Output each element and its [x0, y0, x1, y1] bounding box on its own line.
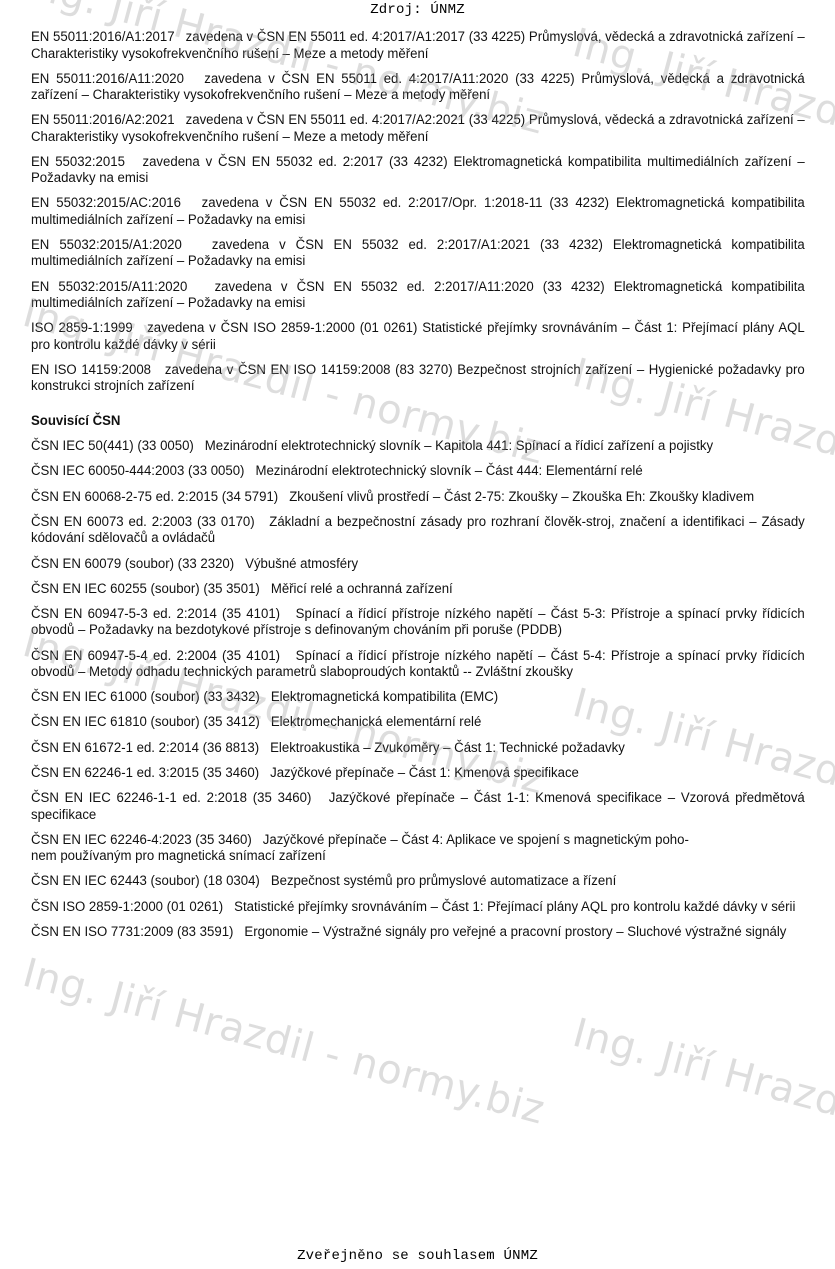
- standard-entry: ČSN EN IEC 60255 (soubor) (35 3501) Měři…: [31, 581, 805, 598]
- standard-entry: EN 55032:2015 zavedena v ČSN EN 55032 ed…: [31, 154, 805, 187]
- standard-description: Mezinárodní elektrotechnický slovník – K…: [205, 438, 713, 454]
- standard-code: EN 55032:2015/AC:2016: [31, 195, 202, 211]
- related-standards-list: ČSN IEC 50(441) (33 0050) Mezinárodní el…: [31, 438, 805, 940]
- standard-entry: ČSN EN IEC 62443 (soubor) (18 0304) Bezp…: [31, 873, 805, 890]
- standard-code: ČSN EN IEC 62246-4:2023 (35 3460): [31, 832, 263, 848]
- standard-entry: ČSN IEC 60050-444:2003 (33 0050) Mezinár…: [31, 463, 805, 480]
- standard-code: ČSN EN 60947-5-4 ed. 2:2004 (35 4101): [31, 648, 296, 664]
- standard-code: ČSN EN 60068-2-75 ed. 2:2015 (34 5791): [31, 489, 289, 505]
- standard-code: EN 55011:2016/A2:2021: [31, 112, 186, 128]
- standard-code: ČSN EN IEC 62246-1-1 ed. 2:2018 (35 3460…: [31, 790, 329, 806]
- standard-code: EN 55011:2016/A1:2017: [31, 29, 186, 45]
- standard-entry: EN ISO 14159:2008 zavedena v ČSN EN ISO …: [31, 362, 805, 395]
- standard-entry: ČSN EN 62246-1 ed. 3:2015 (35 3460) Jazý…: [31, 765, 805, 782]
- source-header: Zdroj: ÚNMZ: [0, 2, 835, 18]
- document-content: EN 55011:2016/A1:2017 zavedena v ČSN EN …: [31, 29, 805, 949]
- standard-entry: EN 55011:2016/A2:2021 zavedena v ČSN EN …: [31, 112, 805, 145]
- document-page: Zdroj: ÚNMZ EN 55011:2016/A1:2017 zavede…: [0, 0, 835, 1269]
- standard-code: ČSN EN IEC 60255 (soubor) (35 3501): [31, 581, 271, 597]
- standard-entry: EN 55032:2015/AC:2016 zavedena v ČSN EN …: [31, 195, 805, 228]
- standard-entry: ČSN EN IEC 62246-4:2023 (35 3460) Jazýčk…: [31, 832, 805, 865]
- standard-description: Elektromagnetická kompatibilita (EMC): [271, 689, 498, 705]
- standard-code: ČSN EN 60073 ed. 2:2003 (33 0170): [31, 514, 269, 530]
- standard-code: ČSN EN 60947-5-3 ed. 2:2014 (35 4101): [31, 606, 296, 622]
- standard-description: Zkoušení vlivů prostředí – Část 2-75: Zk…: [289, 489, 754, 505]
- standard-entry: ISO 2859-1:1999 zavedena v ČSN ISO 2859-…: [31, 320, 805, 353]
- standard-entry: EN 55032:2015/A11:2020 zavedena v ČSN EN…: [31, 279, 805, 312]
- standard-entry: ČSN EN 60947-5-4 ed. 2:2004 (35 4101) Sp…: [31, 648, 805, 681]
- standard-code: ČSN EN IEC 62443 (soubor) (18 0304): [31, 873, 271, 889]
- standard-code: ČSN EN 62246-1 ed. 3:2015 (35 3460): [31, 765, 270, 781]
- standard-code: ČSN IEC 50(441) (33 0050): [31, 438, 205, 454]
- standard-code: ISO 2859-1:1999: [31, 320, 147, 336]
- standard-entry: EN 55032:2015/A1:2020 zavedena v ČSN EN …: [31, 237, 805, 270]
- publication-note: Zveřejněno se souhlasem ÚNMZ: [0, 1248, 835, 1264]
- standard-entry: ČSN EN 60073 ed. 2:2003 (33 0170) Základ…: [31, 514, 805, 547]
- standard-code: EN 55032:2015: [31, 154, 142, 170]
- standard-description: Jazýčkové přepínače – Část 1: Kmenová sp…: [270, 765, 579, 781]
- standard-entry: ČSN EN ISO 7731:2009 (83 3591) Ergonomie…: [31, 924, 805, 941]
- standard-entry: ČSN EN 61672-1 ed. 2:2014 (36 8813) Elek…: [31, 740, 805, 757]
- harmonized-standards-list: EN 55011:2016/A1:2017 zavedena v ČSN EN …: [31, 29, 805, 395]
- standard-code: EN 55032:2015/A11:2020: [31, 279, 215, 295]
- standard-description: Bezpečnost systémů pro průmyslové automa…: [271, 873, 616, 889]
- standard-entry: ČSN EN IEC 62246-1-1 ed. 2:2018 (35 3460…: [31, 790, 805, 823]
- standard-code: ČSN ISO 2859-1:2000 (01 0261): [31, 899, 234, 915]
- standard-entry: ČSN ISO 2859-1:2000 (01 0261) Statistick…: [31, 899, 805, 916]
- standard-description: zavedena v ČSN ISO 2859-1:2000 (01 0261)…: [31, 320, 805, 353]
- standard-code: EN 55032:2015/A1:2020: [31, 237, 212, 253]
- standard-code: ČSN IEC 60050-444:2003 (33 0050): [31, 463, 255, 479]
- related-standards-heading: Souvisící ČSN: [31, 413, 805, 430]
- standard-entry: EN 55011:2016/A1:2017 zavedena v ČSN EN …: [31, 29, 805, 62]
- watermark-text: Ing. Jiří Hrazdil - normy.biz: [18, 950, 549, 1134]
- standard-description: Elektroakustika – Zvukoměry – Část 1: Te…: [270, 740, 625, 756]
- watermark-text: Ing. Jiří Hrazdil - normy.biz: [568, 1010, 835, 1194]
- standard-entry: EN 55011:2016/A11:2020 zavedena v ČSN EN…: [31, 71, 805, 104]
- standard-entry: ČSN IEC 50(441) (33 0050) Mezinárodní el…: [31, 438, 805, 455]
- standard-code: EN ISO 14159:2008: [31, 362, 165, 378]
- standard-code: ČSN EN 61672-1 ed. 2:2014 (36 8813): [31, 740, 270, 756]
- standard-description: Výbušné atmosféry: [245, 556, 358, 572]
- standard-description: zavedena v ČSN EN 55032 ed. 2:2017 (33 4…: [31, 154, 805, 187]
- standard-code: ČSN EN 60079 (soubor) (33 2320): [31, 556, 245, 572]
- standard-description: Statistické přejímky srovnáváním – Část …: [234, 899, 795, 915]
- standard-description: Elektromechanická elementární relé: [271, 714, 481, 730]
- standard-entry: ČSN EN 60079 (soubor) (33 2320) Výbušné …: [31, 556, 805, 573]
- standard-description: Ergonomie – Výstražné signály pro veřejn…: [244, 924, 786, 940]
- standard-entry: ČSN EN IEC 61810 (soubor) (35 3412) Elek…: [31, 714, 805, 731]
- standard-code: EN 55011:2016/A11:2020: [31, 71, 204, 87]
- standard-code: ČSN EN IEC 61810 (soubor) (35 3412): [31, 714, 271, 730]
- standard-entry: ČSN EN 60947-5-3 ed. 2:2014 (35 4101) Sp…: [31, 606, 805, 639]
- standard-entry: ČSN EN IEC 61000 (soubor) (33 3432) Elek…: [31, 689, 805, 706]
- standard-code: ČSN EN IEC 61000 (soubor) (33 3432): [31, 689, 271, 705]
- standard-description: Měřicí relé a ochranná zařízení: [271, 581, 453, 597]
- standard-code: ČSN EN ISO 7731:2009 (83 3591): [31, 924, 244, 940]
- standard-description: Mezinárodní elektrotechnický slovník – Č…: [255, 463, 642, 479]
- standard-entry: ČSN EN 60068-2-75 ed. 2:2015 (34 5791) Z…: [31, 489, 805, 506]
